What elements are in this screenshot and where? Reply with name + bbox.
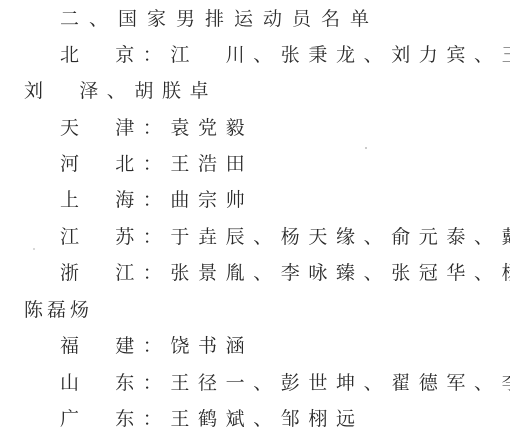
entry-tianjin: 天 津：袁党毅 [60,110,253,146]
section-heading: 二、国家男排运动员名单 [60,1,379,37]
scan-speck [33,248,35,250]
entry-jiangsu: 江 苏：于垚辰、杨天缘、俞元泰、戴海波 [60,219,510,255]
entry-fujian: 福 建：饶书涵 [60,328,253,364]
entry-shanghai: 上 海：曲宗帅 [60,182,253,218]
scan-speck [365,147,367,149]
entry-beijing-continued: 刘 泽、胡朕卓 [24,73,217,109]
entry-zhejiang-continued: 陈磊炀 [24,292,93,328]
document-page: 二、国家男排运动员名单 北 京：江 川、张秉龙、刘力宾、王东宸、邓忻朋、 刘 泽… [0,0,510,431]
entry-shandong: 山 东：王径一、彭世坤、翟德军、李 洋、李 磊 [60,365,510,401]
entry-beijing: 北 京：江 川、张秉龙、刘力宾、王东宸、邓忻朋、 [60,37,510,73]
entry-zhejiang: 浙 江：张景胤、李咏臻、张冠华、杨一鸣、王 滨、 [60,255,510,291]
entry-guangdong: 广 东：王鹤斌、邹栩远 [60,401,364,431]
entry-hebei: 河 北：王浩田 [60,146,253,182]
